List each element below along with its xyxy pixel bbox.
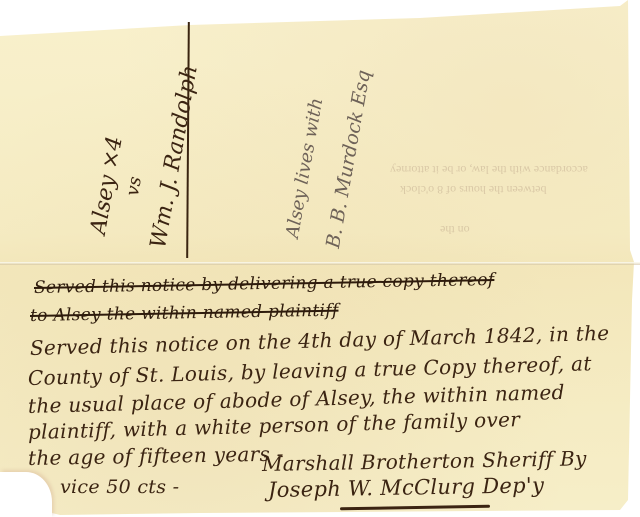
- bleed-through-line: on the: [440, 222, 470, 237]
- docket-case-versus: vs: [122, 175, 146, 198]
- return-line: the age of fifteen years -: [28, 442, 284, 470]
- bleed-through-line: accordance with the law, or be it attorn…: [390, 162, 588, 177]
- paper-fold: [0, 262, 640, 265]
- signature-deputy: Joseph W. McClurg Dep'y: [268, 473, 545, 502]
- service-fee-note: vice 50 cts -: [60, 476, 179, 498]
- bleed-through-line: between the hours of 8 o'clock: [400, 182, 546, 197]
